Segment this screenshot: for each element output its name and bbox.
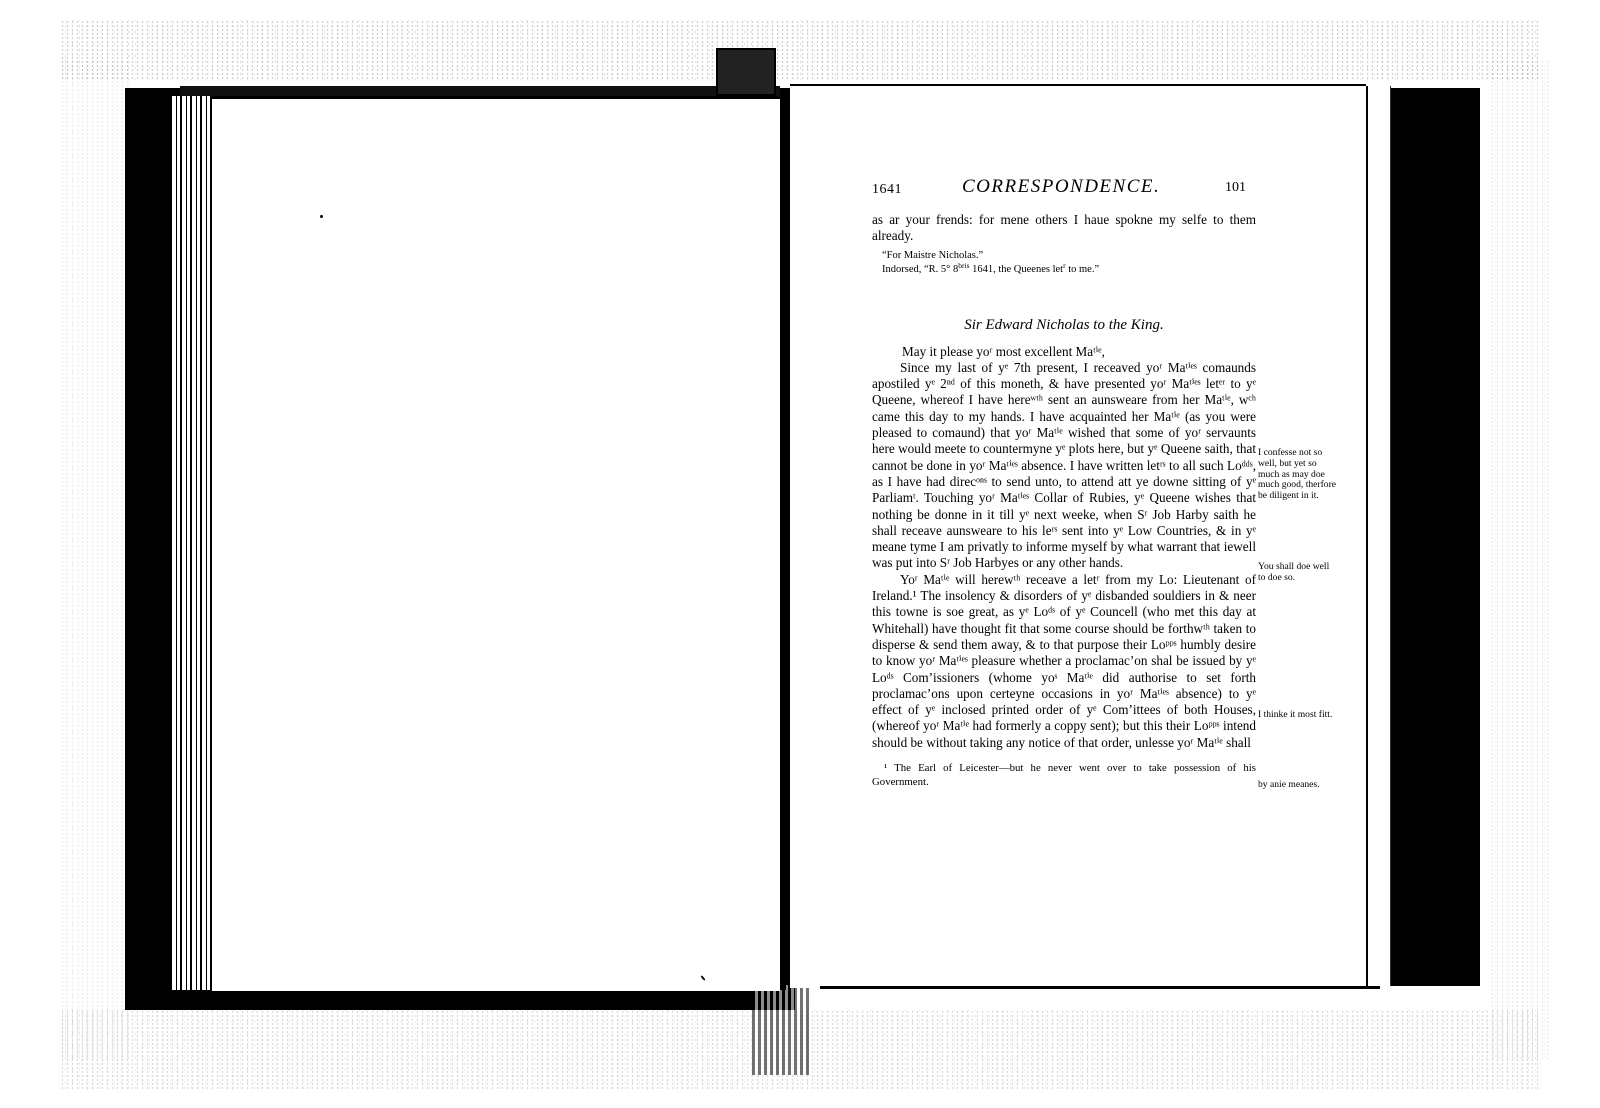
running-head-year: 1641 [872,182,902,198]
page-number: 101 [1225,180,1246,196]
scan-noise-left [60,60,130,1060]
page-stack-right [1366,86,1391,986]
right-page-bottom-edge [820,986,1380,989]
book-cover-right [1386,88,1480,986]
letter-salutation: May it please yoʳ most excellent Maᵗⁱᵉ, [902,344,1256,360]
right-page-text: 1641 CORRESPONDENCE. 101 as ar your fren… [872,176,1256,800]
endorsement: Indorsed, “R. 5° 8bris 1641, the Queenes… [872,263,1256,277]
letter-paragraph: Yoʳ Maᵗⁱᵉ will herewᵗʰ receave a letʳ fr… [872,572,1256,751]
left-page [212,96,780,991]
ink-speck [700,975,705,981]
running-head: 1641 CORRESPONDENCE. 101 [872,176,1256,202]
margin-note: I confesse not so well, but yet so much … [1258,448,1338,502]
footnote: ¹ The Earl of Leicester—but he never wen… [872,761,1256,789]
running-head-title: CORRESPONDENCE. [962,176,1160,198]
scan-noise-right [1490,60,1550,1060]
letter-paragraph: Since my last of yᵉ 7th present, I recea… [872,360,1256,572]
letter-continuation: as ar your frends: for mene others I hau… [872,212,1256,245]
book-cover-top-edge [180,86,780,96]
letter-title: Sir Edward Nicholas to the King. [872,317,1256,334]
ink-speck [320,215,323,218]
margin-note: You shall doe well to doe so. [1258,562,1338,584]
scan-noise-top [60,20,1540,80]
book-gutter [780,90,786,990]
page-stack-left [170,96,212,990]
margin-note: by anie meanes. [1258,780,1338,791]
book-spine-tail [752,985,812,1075]
book-spine-head [716,48,776,96]
margin-note: I thinke it most fitt. [1258,710,1338,721]
